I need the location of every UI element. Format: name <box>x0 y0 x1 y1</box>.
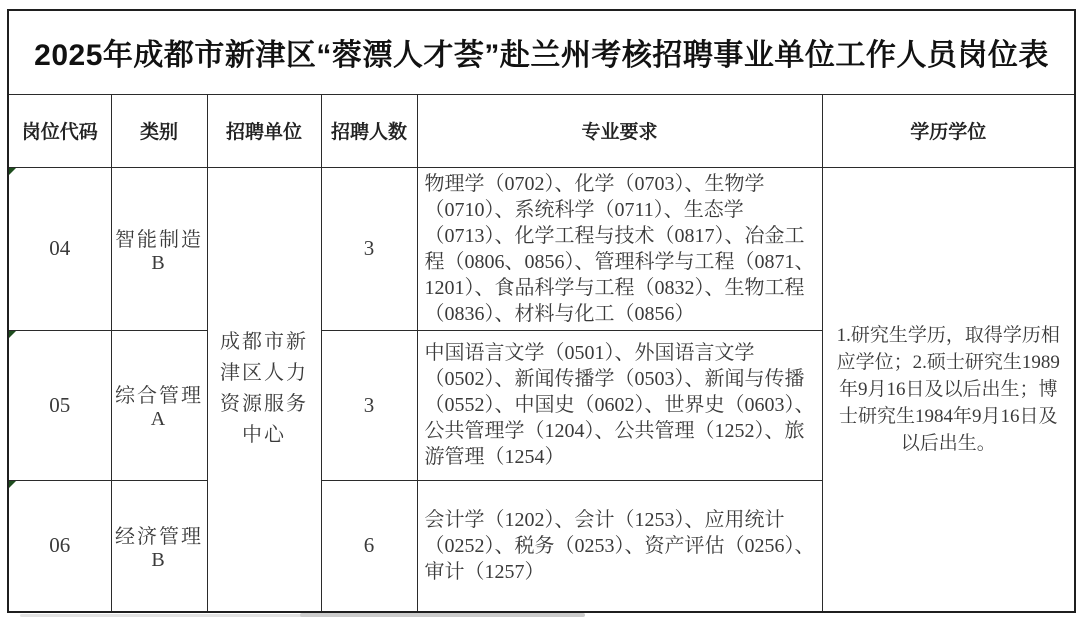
error-indicator-icon <box>9 168 16 175</box>
job-table-container: 2025年成都市新津区“蓉漂人才荟”赴兰州考核招聘事业单位工作人员岗位表 岗位代… <box>7 9 1076 613</box>
cell-code-05: 05 <box>8 330 111 480</box>
position-code: 05 <box>49 393 70 417</box>
cell-category-05: 综合管理A <box>111 330 207 480</box>
cell-category-06: 经济管理B <box>111 480 207 612</box>
cell-employer-merged: 成都市新津区人力资源服务中心 <box>207 167 321 612</box>
cell-majors-06: 会计学（1202）、会计（1253）、应用统计（0252）、税务（0253）、资… <box>417 480 822 612</box>
table-row-04: 04 智能制造B 成都市新津区人力资源服务中心 3 物理学（0702）、化学（0… <box>8 167 1075 330</box>
col-header-code: 岗位代码 <box>8 94 111 167</box>
cell-education-merged: 1.研究生学历，取得学历相应学位；2.硕士研究生1989年9月16日及以后出生；… <box>822 167 1075 612</box>
job-positions-table: 2025年成都市新津区“蓉漂人才荟”赴兰州考核招聘事业单位工作人员岗位表 岗位代… <box>7 9 1076 613</box>
table-title: 2025年成都市新津区“蓉漂人才荟”赴兰州考核招聘事业单位工作人员岗位表 <box>8 10 1075 94</box>
cell-headcount-05: 3 <box>321 330 417 480</box>
cell-category-04: 智能制造B <box>111 167 207 330</box>
header-row: 岗位代码 类别 招聘单位 招聘人数 专业要求 学历学位 <box>8 94 1075 167</box>
cell-headcount-04: 3 <box>321 167 417 330</box>
cell-majors-05: 中国语言文学（0501）、外国语言文学（0502）、新闻传播学（0503）、新闻… <box>417 330 822 480</box>
cutoff-next-row-artifact <box>300 613 585 617</box>
cell-headcount-06: 6 <box>321 480 417 612</box>
col-header-majors: 专业要求 <box>417 94 822 167</box>
col-header-category: 类别 <box>111 94 207 167</box>
cell-code-04: 04 <box>8 167 111 330</box>
col-header-employer: 招聘单位 <box>207 94 321 167</box>
error-indicator-icon <box>9 481 16 488</box>
position-code: 06 <box>49 533 70 557</box>
title-row: 2025年成都市新津区“蓉漂人才荟”赴兰州考核招聘事业单位工作人员岗位表 <box>8 10 1075 94</box>
cell-majors-04: 物理学（0702）、化学（0703）、生物学（0710）、系统科学（0711）、… <box>417 167 822 330</box>
position-code: 04 <box>49 236 70 260</box>
error-indicator-icon <box>9 331 16 338</box>
cell-code-06: 06 <box>8 480 111 612</box>
col-header-headcount: 招聘人数 <box>321 94 417 167</box>
col-header-education: 学历学位 <box>822 94 1075 167</box>
